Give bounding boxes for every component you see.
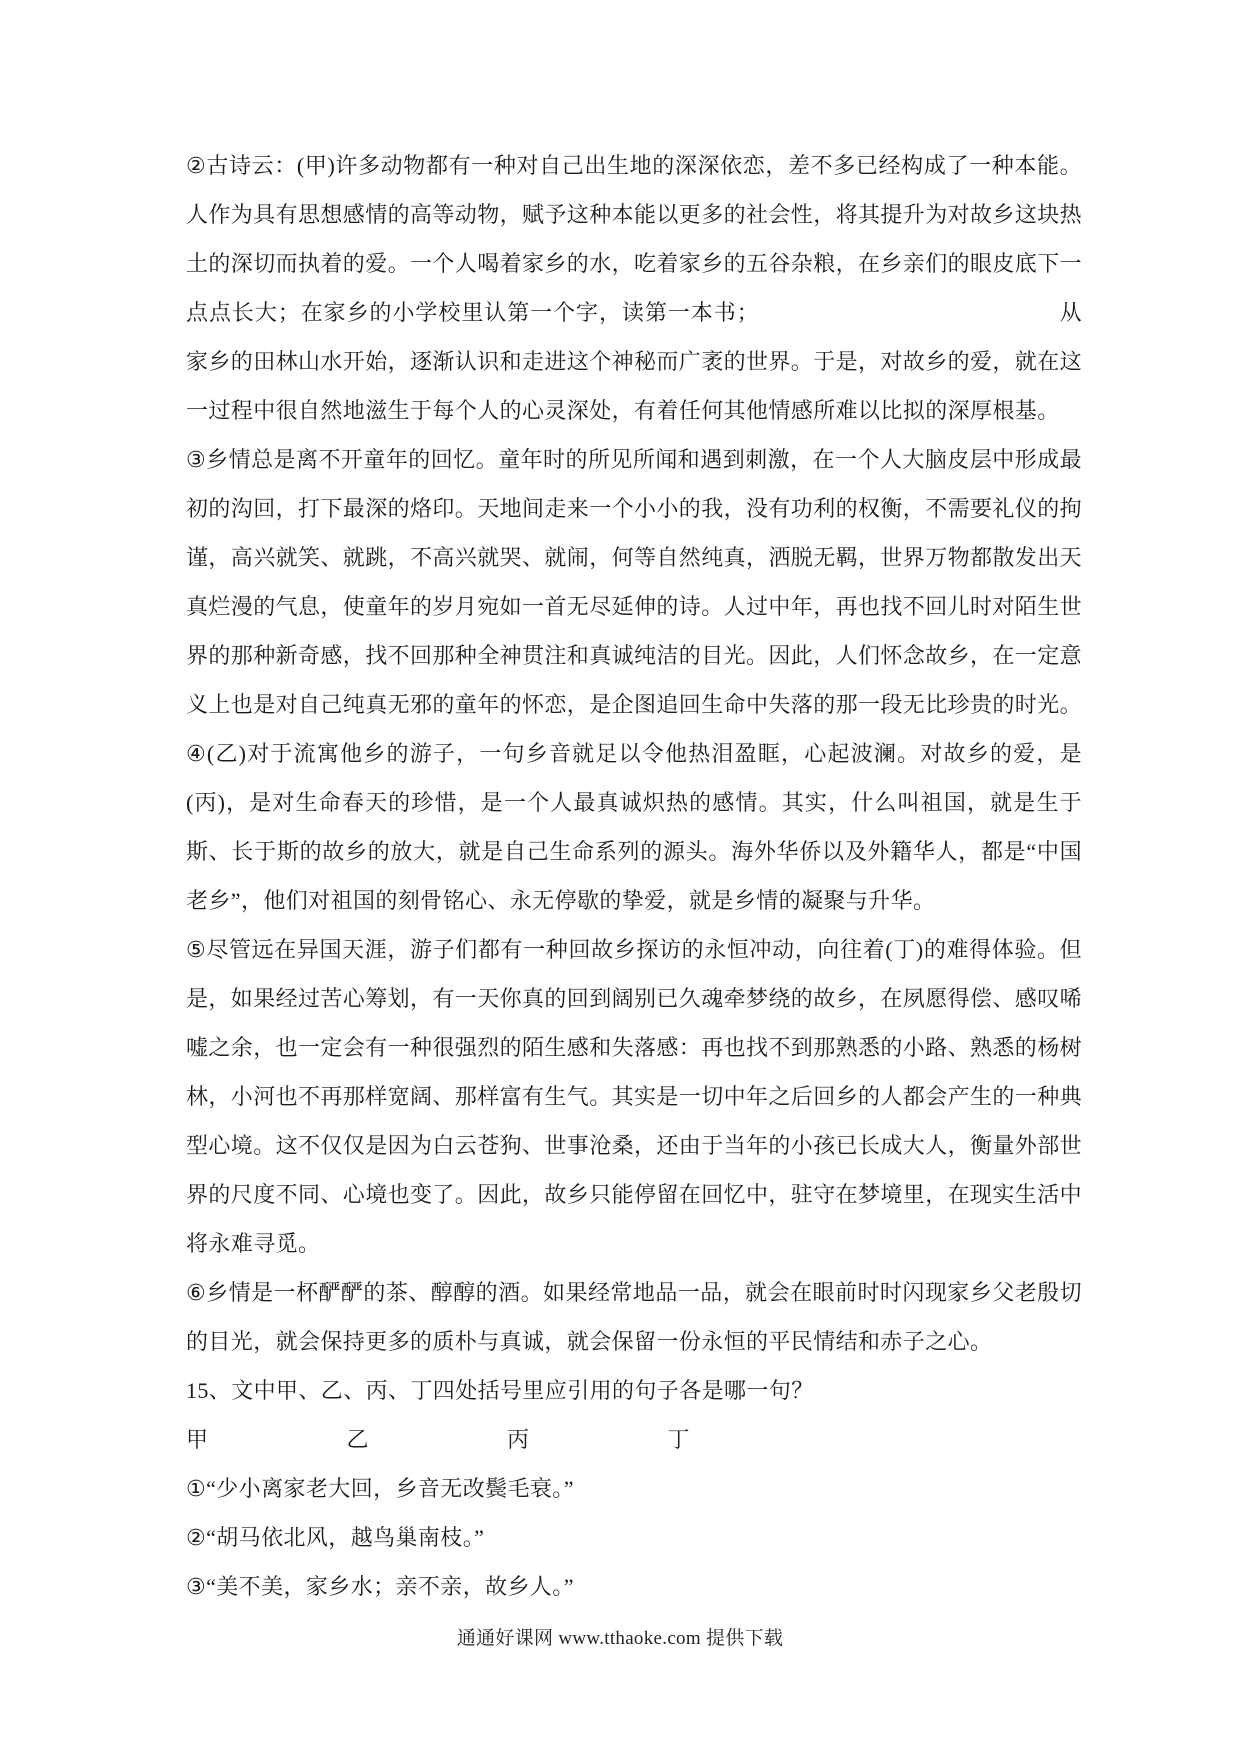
paragraph-4: ④(乙)对于流寓他乡的游子，一句乡音就足以令他热泪盈眶，心起波澜。对故乡的爱，是… [186, 729, 1082, 925]
paragraph-3: ③乡情总是离不开童年的回忆。童年时的所见所闻和遇到刺激，在一个人大脑皮层中形成最… [186, 435, 1082, 729]
fill-in-blank-space [759, 319, 1059, 320]
document-page: ②古诗云：(甲)许多动物都有一种对自己出生地的深深依恋，差不多已经构成了一种本能… [0, 0, 1240, 1754]
paragraph-5: ⑤尽管远在异国天涯，游子们都有一种回故乡探访的永恒冲动，向往着(丁)的难得体验。… [186, 925, 1082, 1268]
quote-option-3: ③“美不美，家乡水；亲不亲，故乡人。” [186, 1562, 1082, 1611]
page-footer: 通通好课网 www.tthaoke.com 提供下载 [0, 1624, 1240, 1654]
quote-option-2: ②“胡马依北风，越鸟巢南枝。” [186, 1513, 1082, 1562]
blank-label-bing: 丙 [507, 1415, 662, 1464]
blank-label-jia: 甲 [186, 1415, 341, 1464]
answer-blanks-row: 甲 乙 丙 丁 [186, 1415, 1082, 1464]
quote-option-1: ①“少小离家老大回，乡音无改鬓毛衰。” [186, 1464, 1082, 1513]
paragraph-6: ⑥乡情是一杯酽酽的茶、醇醇的酒。如果经常地品一品，就会在眼前时时闪现家乡父老殷切… [186, 1268, 1082, 1366]
question-15-prompt: 15、文中甲、乙、丙、丁四处括号里应引用的句子各是哪一句？ [186, 1366, 1082, 1415]
paragraph-2-text-before-blank: ②古诗云：(甲)许多动物都有一种对自己出生地的深深依恋，差不多已经构成了一种本能… [186, 153, 1082, 325]
blank-label-ding: 丁 [668, 1415, 823, 1464]
blank-label-yi: 乙 [347, 1415, 502, 1464]
paragraph-2: ②古诗云：(甲)许多动物都有一种对自己出生地的深深依恋，差不多已经构成了一种本能… [186, 141, 1082, 435]
